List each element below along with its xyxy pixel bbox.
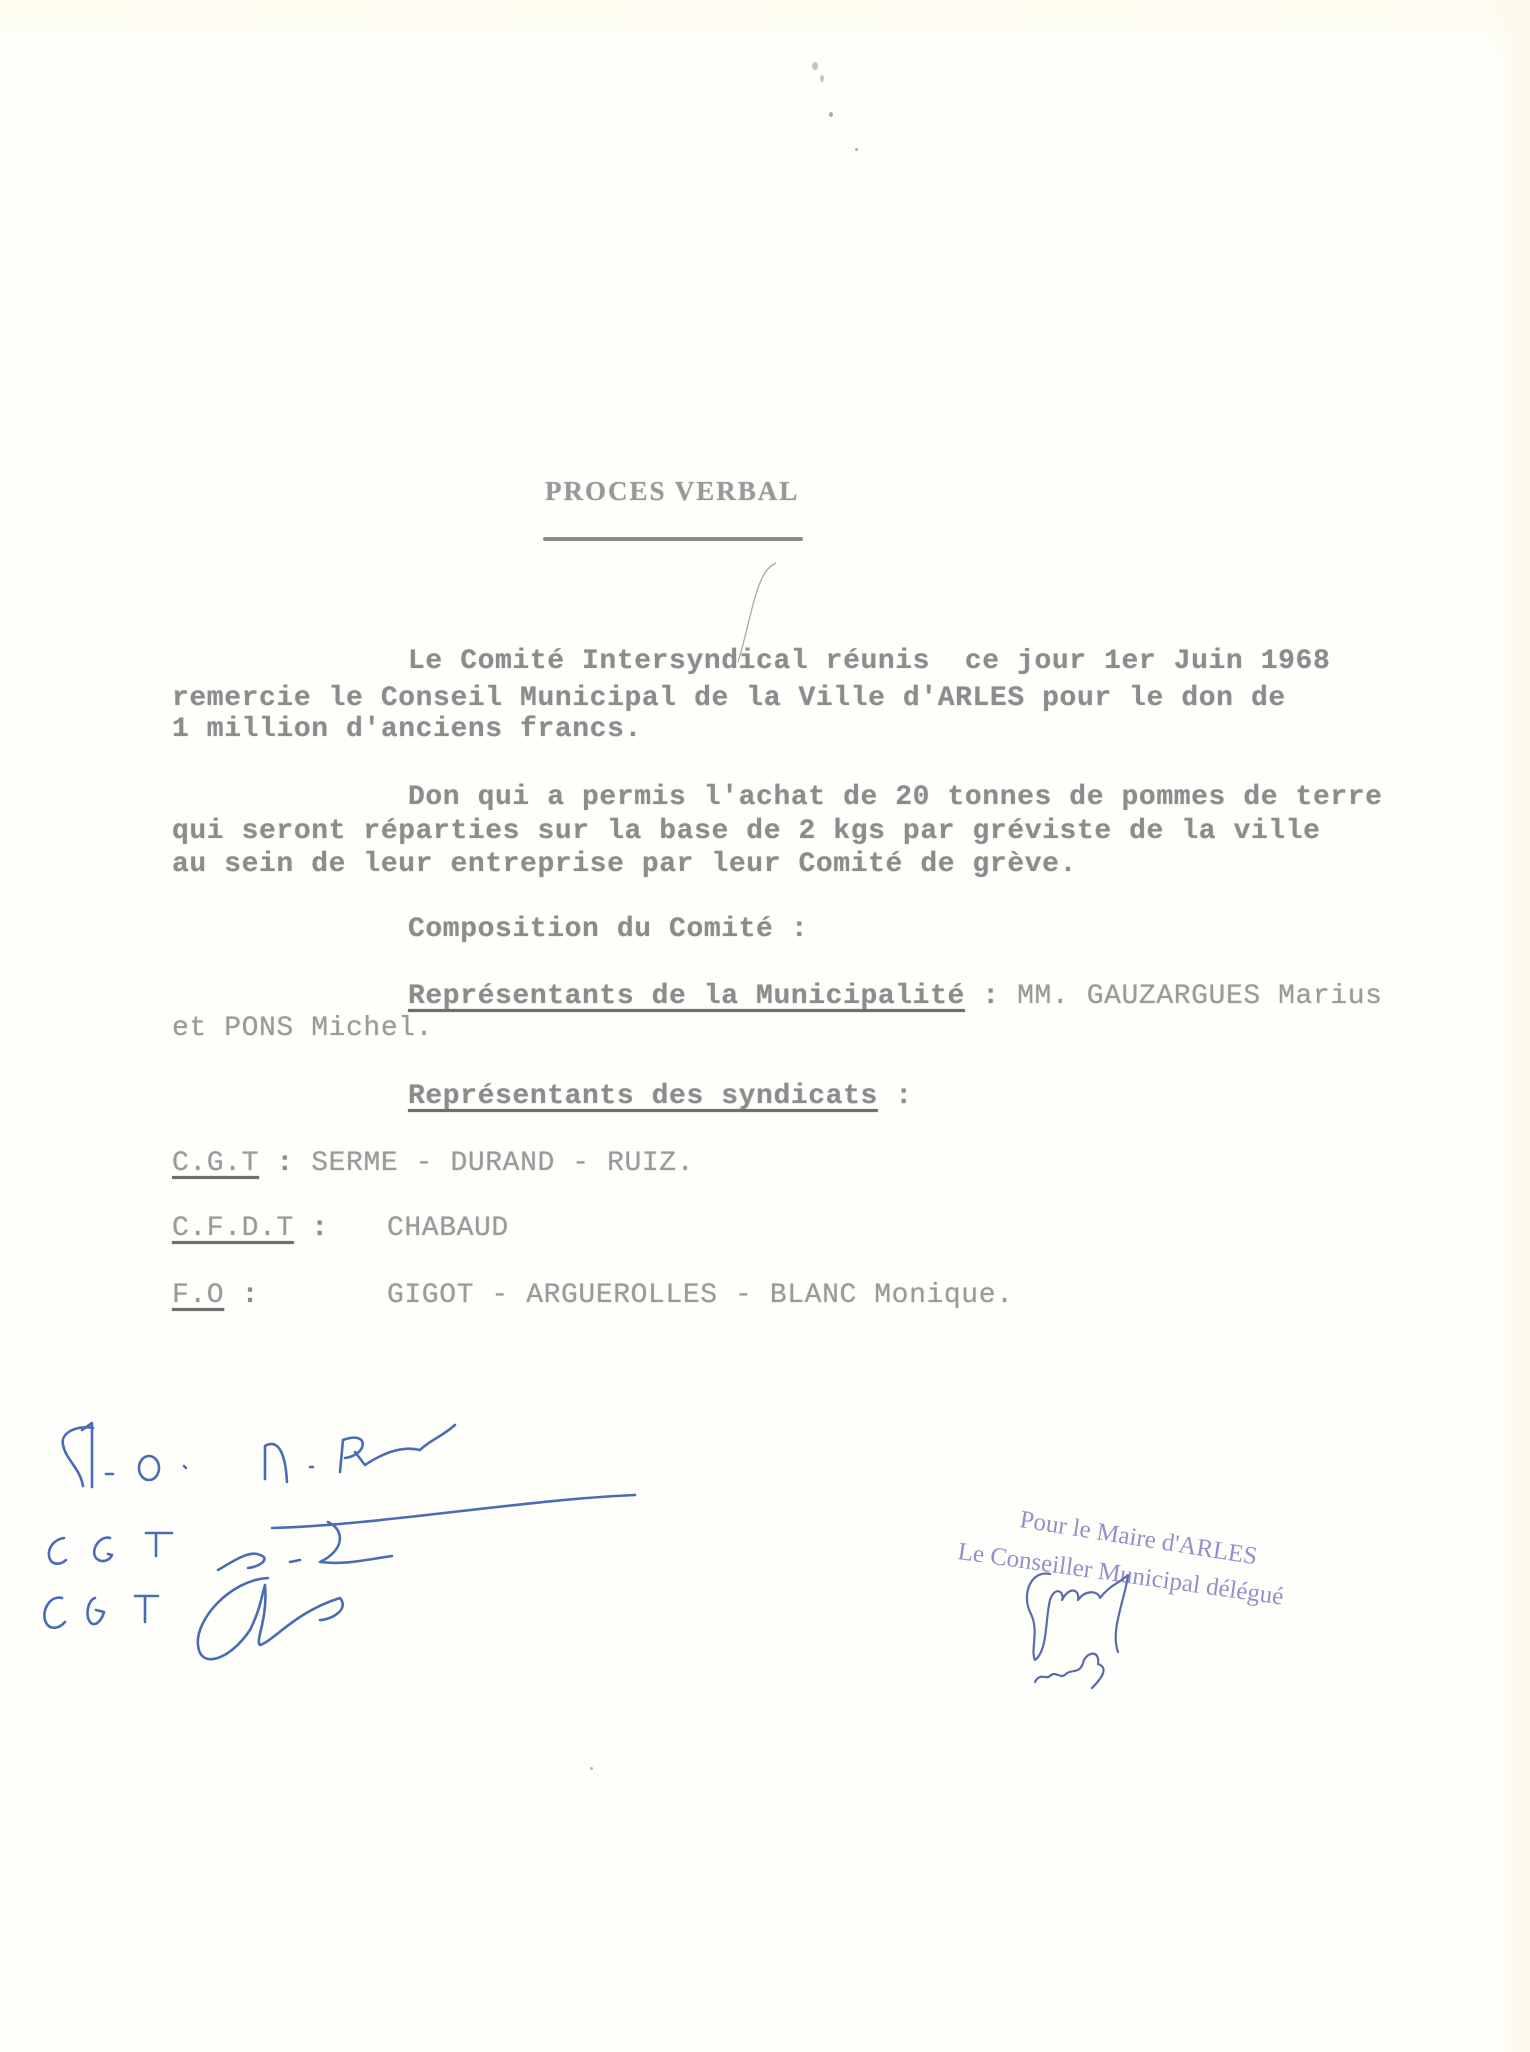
union-separator: : [259,1148,311,1179]
paper-speck [829,112,833,117]
composition-heading: Composition du Comité : [408,916,808,944]
unions-heading-separator: : [878,1081,913,1112]
signature-fo-label [63,1423,186,1487]
signature-fo-mark [265,1425,455,1482]
union-members: SERME - DURAND - RUIZ. [311,1148,694,1179]
paragraph1-line1: Le Comité Intersyndical réunis ce jour 1… [408,648,1330,676]
union-name: F.O [172,1280,224,1311]
paragraph2-line2: qui seront réparties sur la base de 2 kg… [172,818,1321,846]
paragraph2-line3: au sein de leur entreprise par leur Comi… [172,851,1077,879]
municipality-row: Représentants de la Municipalité : MM. G… [408,983,1383,1011]
union-members-cfdt: CHABAUD [387,1215,509,1243]
signature-cgt-1-label [49,1533,172,1564]
paper-speck [590,1767,593,1770]
paper-speck [820,75,824,82]
union-row-cfdt: C.F.D.T : [172,1215,346,1243]
paragraph2-line1: Don qui a permis l'achat de 20 tonnes de… [408,784,1383,812]
paper-edge-tint [0,0,1530,60]
title-underline [543,537,803,541]
paper-edge-tint-right [1490,0,1530,2052]
municipality-separator: : [965,981,1017,1012]
union-row-cgt: C.G.T : SERME - DURAND - RUIZ. [172,1150,694,1178]
signature-cgt-2-mark [198,1578,343,1659]
paragraph1-line2: remercie le Conseil Municipal de la Vill… [172,685,1286,713]
union-separator: : [224,1280,259,1311]
municipality-names: MM. GAUZARGUES Marius [1017,981,1382,1012]
union-name: C.G.T [172,1148,259,1179]
signature-cgt-1-mark [218,1522,392,1570]
municipality-names-continued: et PONS Michel. [172,1015,433,1043]
municipality-label: Représentants de la Municipalité [408,981,965,1012]
paper-speck [812,62,818,70]
union-row-fo: F.O : [172,1282,259,1310]
union-members-fo: GIGOT - ARGUEROLLES - BLANC Monique. [387,1282,1014,1310]
document-title: PROCES VERBAL [545,478,799,505]
unions-heading: Représentants des syndicats : [408,1083,913,1111]
union-separator: : [294,1213,346,1244]
unions-heading-label: Représentants des syndicats [408,1081,878,1112]
paragraph1-line3: 1 million d'anciens francs. [172,716,642,744]
union-name: C.F.D.T [172,1213,294,1244]
signature-cgt-2-label [44,1596,158,1628]
paper-speck [855,148,858,151]
